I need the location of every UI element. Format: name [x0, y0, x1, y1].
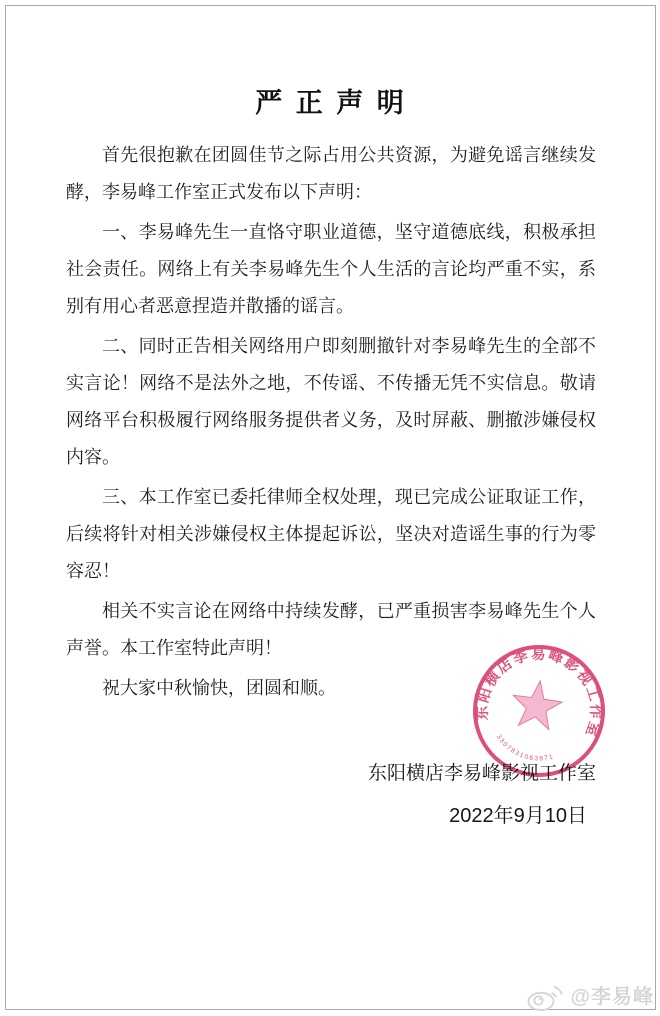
statement-date: 2022年9月10日	[66, 803, 596, 829]
statement-body: 严 正 声 明 首先很抱歉在团圆佳节之际占用公共资源，为避免谣言继续发酵，李易峰…	[0, 0, 660, 829]
statement-paragraph: 二、同时正告相关网络用户即刻删撤针对李易峰先生的全部不实言论！网络不是法外之地，…	[66, 328, 596, 476]
studio-signature: 东阳横店李易峰影视工作室	[66, 761, 596, 787]
statement-paragraph: 首先很抱歉在团圆佳节之际占用公共资源，为避免谣言继续发酵，李易峰工作室正式发布以…	[66, 137, 596, 211]
statement-paragraph: 一、李易峰先生一直恪守职业道德，坚守道德底线，积极承担社会责任。网络上有关李易峰…	[66, 214, 596, 325]
weibo-logo-icon	[526, 982, 566, 1012]
statement-paragraph: 祝大家中秋愉快，团圆和顺。	[66, 670, 596, 707]
watermark-handle: @李易峰	[570, 985, 654, 1009]
statement-paragraph: 三、本工作室已委托律师全权处理，现已完成公证取证工作，后续将针对相关涉嫌侵权主体…	[66, 479, 596, 590]
statement-paragraph: 相关不实言论在网络中持续发酵，已严重损害李易峰先生个人声誉。本工作室特此声明！	[66, 593, 596, 667]
weibo-watermark: @李易峰	[526, 982, 654, 1012]
statement-title: 严 正 声 明	[66, 88, 596, 118]
statement-photo: 严 正 声 明 首先很抱歉在团圆佳节之际占用公共资源，为避免谣言继续发酵，李易峰…	[0, 0, 660, 1016]
